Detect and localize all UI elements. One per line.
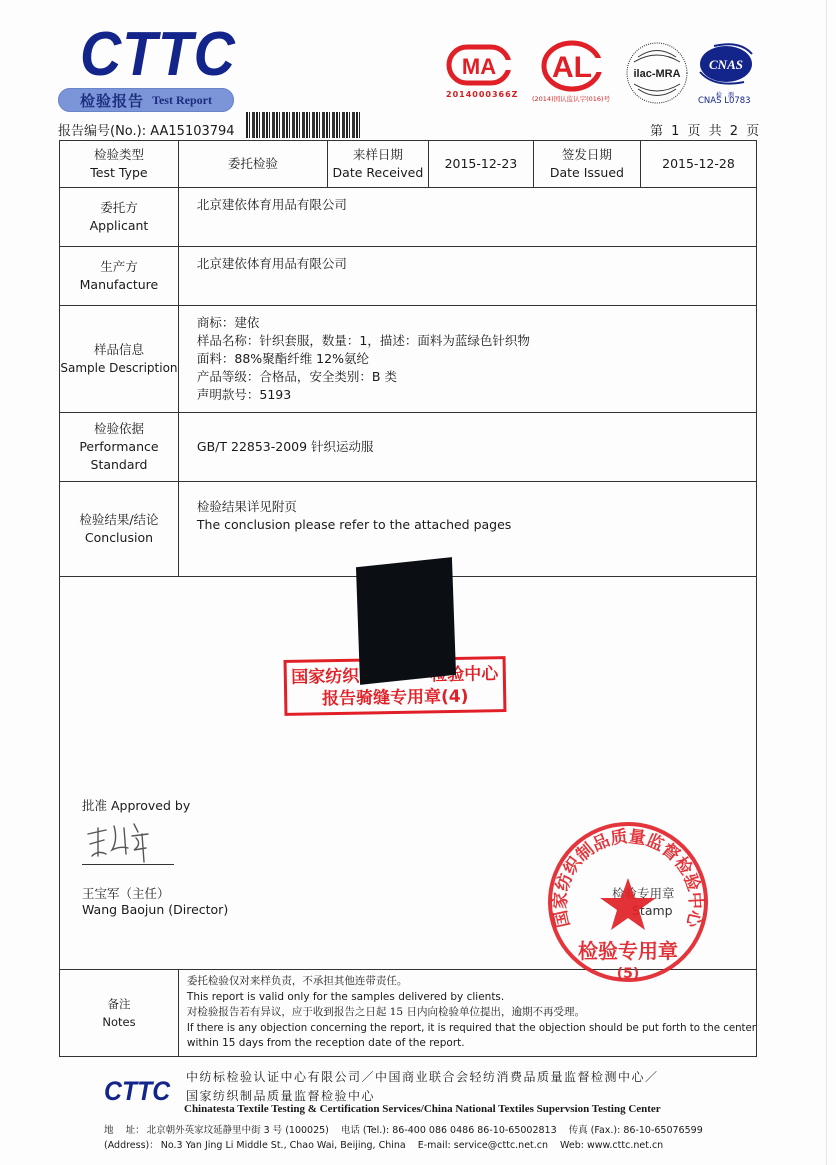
approver-name-cn: 王宝军（主任） <box>82 884 170 902</box>
date-received-value: 2015-12-23 <box>428 141 533 188</box>
manufacture-label-en: Manufacture <box>60 276 178 294</box>
conclusion-value: 检验结果详见附页 The conclusion please refer to … <box>178 482 756 577</box>
sample-grade: 产品等级：合格品，安全类别：B 类 <box>197 368 756 386</box>
test-type-label-en: Test Type <box>60 164 178 182</box>
report-title-badge: 检验报告 Test Report <box>58 88 234 112</box>
seam-seal-line2: 报告骑缝专用章(4) <box>287 685 503 711</box>
signature-line <box>82 864 174 865</box>
cnas-logo-icon: CNAS <box>694 42 758 92</box>
conclusion-cn: 检验结果详见附页 <box>197 498 756 516</box>
redaction-block <box>356 557 456 685</box>
date-issued-label: 签发日期 Date Issued <box>533 141 640 188</box>
sample-style-no: 声明款号：5193 <box>197 386 756 404</box>
standard-label: 检验依据 Performance Standard <box>60 413 179 482</box>
cma-logo-icon: MA <box>446 44 512 86</box>
report-title-en: Test Report <box>152 93 212 108</box>
manufacture-label-cn: 生产方 <box>60 258 178 276</box>
cal-logo-icon: AL <box>540 40 604 92</box>
email-link[interactable]: E-mail: service@cttc.net.cn <box>418 1140 548 1151</box>
approved-by-label: 批准 Approved by <box>82 796 190 814</box>
conclusion-label-cn: 检验结果/结论 <box>60 511 178 529</box>
table-row: 检验类型 Test Type 委托检验 来样日期 Date Received 2… <box>60 141 757 188</box>
standard-label-en-2: Standard <box>60 456 178 474</box>
sample-description: 商标：建依 样品名称：针织套服，数量：1，描述：面料为蓝绿色针织物 面料：88%… <box>178 306 756 413</box>
conclusion-en: The conclusion please refer to the attac… <box>197 516 756 534</box>
standard-label-cn: 检验依据 <box>60 420 178 438</box>
svg-text:ilac-MRA: ilac-MRA <box>633 68 680 80</box>
address-label-en: (Address)： <box>104 1140 159 1151</box>
ilac-mra-logo-icon: ilac-MRA <box>624 40 690 106</box>
standard-value: GB/T 22853-2009 针织运动服 <box>178 413 756 482</box>
barcode-icon <box>246 112 360 138</box>
conclusion-label-en: Conclusion <box>60 529 178 547</box>
svg-text:CNAS: CNAS <box>709 57 743 72</box>
notes-line: This report is valid only for the sample… <box>187 990 756 1006</box>
page-indicator: 第 1 页 共 2 页 <box>650 120 759 139</box>
table-row: 样品信息 Sample Description 商标：建依 样品名称：针织套服，… <box>60 306 757 413</box>
footer-address-en: (Address)：No.3 Yan Jing Li Middle St., C… <box>104 1137 675 1151</box>
report-title-cn: 检验报告 <box>80 90 144 111</box>
sample-name: 样品名称：针织套服，数量：1，描述：面料为蓝绿色针织物 <box>197 332 756 350</box>
table-row: 生产方 Manufacture 北京建依体育用品有限公司 <box>60 247 757 306</box>
cal-code: (2014)国认监认字(016)号 <box>532 94 610 103</box>
report-number-label: 报告编号(No.): <box>58 124 146 139</box>
footer-org-en: Chinatesta Textile Testing & Certificati… <box>184 1103 661 1115</box>
cma-code: 2014000366Z <box>446 90 518 99</box>
sample-label-cn: 样品信息 <box>60 341 178 359</box>
sample-label-en: Sample Description <box>60 359 178 377</box>
standard-label-en: Performance <box>60 438 178 456</box>
manufacture-value: 北京建依体育用品有限公司 <box>178 247 756 306</box>
footer-org-cn-1: 中纺标检验认证中心有限公司／中国商业联合会轻纺消费品质量监督检测中心／ <box>186 1068 659 1085</box>
cnas-code: CNAS L0783 <box>698 96 751 106</box>
signature-icon <box>84 820 164 864</box>
date-received-label: 来样日期 Date Received <box>327 141 428 188</box>
table-row: 委托方 Applicant 北京建依体育用品有限公司 <box>60 188 757 247</box>
table-row: 检验依据 Performance Standard GB/T 22853-200… <box>60 413 757 482</box>
date-issued-value: 2015-12-28 <box>640 141 756 188</box>
test-type-value: 委托检验 <box>178 141 327 188</box>
sample-fabric: 面料：88%聚酯纤维 12%氨纶 <box>197 350 756 368</box>
test-type-label-cn: 检验类型 <box>60 146 178 164</box>
date-received-label-cn: 来样日期 <box>328 146 428 164</box>
notes-row: 备注 Notes 委托检验仅对来样负责，不承担其他连带责任。 This repo… <box>60 970 757 1057</box>
telephone: 电话 (Tel.): 86-400 086 0486 86-10-6500281… <box>341 1125 557 1136</box>
applicant-label-cn: 委托方 <box>60 199 178 217</box>
address-label-cn: 地 址： <box>104 1125 145 1136</box>
date-issued-label-en: Date Issued <box>534 164 640 182</box>
test-type-label: 检验类型 Test Type <box>60 141 179 188</box>
notes-line: within 15 days from the reception date o… <box>187 1036 756 1052</box>
report-number-value: AA15103794 <box>150 124 234 139</box>
svg-text:MA: MA <box>462 54 496 79</box>
stamp-label-cn: 检验专用章 <box>612 884 675 902</box>
notes-text: 委托检验仅对来样负责，不承担其他连带责任。 This report is val… <box>178 970 756 1057</box>
date-issued-label-cn: 签发日期 <box>534 146 640 164</box>
footer-cttc-logo: CTTC <box>104 1076 170 1106</box>
approver-name-en: Wang Baojun (Director) <box>82 902 228 917</box>
notes-label-cn: 备注 <box>60 995 178 1013</box>
page-edge <box>826 0 827 1165</box>
stamp-label-en: Stamp <box>632 903 673 918</box>
applicant-label: 委托方 Applicant <box>60 188 179 247</box>
manufacture-label: 生产方 Manufacture <box>60 247 179 306</box>
applicant-label-en: Applicant <box>60 217 178 235</box>
notes-line: 对检验报告若有异议，应于收到报告之日起 15 日内向检验单位提出，逾期不再受理。 <box>187 1005 756 1021</box>
svg-text:AL: AL <box>552 51 592 84</box>
sample-label: 样品信息 Sample Description <box>60 306 179 413</box>
fax: 传真 (Fax.): 86-10-65076599 <box>569 1125 703 1136</box>
notes-label: 备注 Notes <box>60 970 179 1057</box>
address-en: No.3 Yan Jing Li Middle St., Chao Wai, B… <box>161 1140 406 1151</box>
website-link[interactable]: Web: www.cttc.net.cn <box>560 1140 663 1151</box>
notes-line: 委托检验仅对来样负责，不承担其他连带责任。 <box>187 974 756 990</box>
notes-label-en: Notes <box>60 1013 178 1031</box>
applicant-value: 北京建依体育用品有限公司 <box>178 188 756 247</box>
date-received-label-en: Date Received <box>328 164 428 182</box>
notes-line: If there is any objection concerning the… <box>187 1021 756 1037</box>
report-number: 报告编号(No.): AA15103794 <box>58 120 235 139</box>
footer-org-cn-2: 国家纺织制品质量监督检验中心 <box>186 1087 375 1104</box>
sample-trademark: 商标：建依 <box>197 314 756 332</box>
conclusion-label: 检验结果/结论 Conclusion <box>60 482 179 577</box>
cttc-logo: CTTC <box>80 24 236 86</box>
footer-address-cn: 地 址：北京朝外英家坟延静里中街 3 号 (100025)电话 (Tel.): … <box>104 1122 715 1136</box>
address-cn: 北京朝外英家坟延静里中街 3 号 (100025) <box>147 1125 329 1136</box>
